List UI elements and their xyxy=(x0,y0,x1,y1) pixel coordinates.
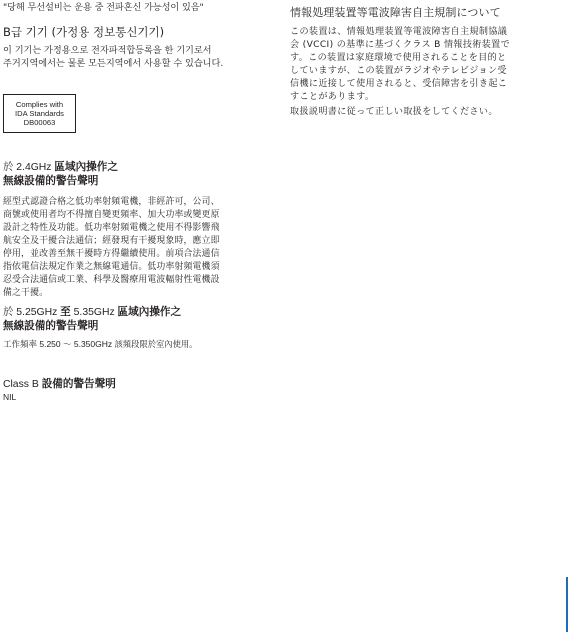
japanese-body-line-1: この装置は、情報処理装置等電波障害自主規制協議 xyxy=(290,24,507,37)
taiwan-24ghz-heading-line-2: 無線設備的警告聲明 xyxy=(3,173,98,188)
japanese-body-line-6: すことがあります。 xyxy=(290,89,374,102)
taiwan-525ghz-body-prefix: 工作頻率 5.250 ～ 5.350GHz xyxy=(3,339,115,349)
taiwan-24ghz-body-line-3: 設計之特性及功能。低功率射頻電機之使用不得影響飛 xyxy=(3,220,220,233)
ida-line-3: DB00063 xyxy=(24,118,56,127)
japanese-body-line-2: 会 (VCCI) の基準に基づくクラス B 情報技術装置で xyxy=(290,37,510,50)
taiwan-24ghz-body-line-4: 航安全及干擾合法通信；經發現有干擾現象時，應立即 xyxy=(3,233,220,246)
taiwan-525ghz-heading-prefix: 於 5.25GHz xyxy=(3,307,60,318)
taiwan-24ghz-heading-prefix: 於 2.4GHz xyxy=(3,162,54,173)
ida-line-1: Complies with xyxy=(16,100,63,109)
japanese-body-line-5: 信機に近接して使用されると、受信障害を引き起こ xyxy=(290,76,507,89)
taiwan-24ghz-body-line-2: 商號或使用者均不得擅自變更頻率、加大功率或變更原 xyxy=(3,207,220,220)
class-b-value: NIL xyxy=(3,392,16,402)
taiwan-525ghz-heading-rest: 區域內操作之 xyxy=(118,306,182,318)
korean-interference-notice: "당해 무선설비는 운용 중 전파혼신 가능성이 있음" xyxy=(3,0,204,13)
japanese-body-line-4: していますが、この装置がラジオやテレビジョン受 xyxy=(290,63,507,76)
taiwan-525ghz-body-rest: 該頻段限於室內使用。 xyxy=(115,339,198,349)
class-b-heading: Class B 設備的警告聲明 xyxy=(3,376,116,391)
taiwan-24ghz-body-line-8: 備之干擾。 xyxy=(3,285,48,298)
korean-body-line-1: 이 기기는 가정용으로 전자파적합등록을 한 기기로서 xyxy=(3,42,212,56)
taiwan-525ghz-heading-mid: 5.35GHz xyxy=(71,307,118,318)
taiwan-525ghz-heading-line-2: 無線設備的警告聲明 xyxy=(3,318,98,333)
taiwan-525ghz-heading-line-1: 於 5.25GHz 至 5.35GHz 區域內操作之 xyxy=(3,303,181,319)
taiwan-525ghz-heading-to: 至 xyxy=(60,306,71,318)
ida-compliance-box: Complies with IDA Standards DB00063 xyxy=(3,94,76,133)
taiwan-24ghz-body-line-6: 指依電信法規定作業之無線電通信。低功率射頻電機須 xyxy=(3,259,220,272)
taiwan-24ghz-body-line-7: 忍受合法通信或工業、科學及醫療用電波輻射性電機設 xyxy=(3,272,220,285)
taiwan-525ghz-body: 工作頻率 5.250 ～ 5.350GHz 該頻段限於室內使用。 xyxy=(3,338,197,350)
japanese-handling-note: 取扱説明書に従って正しい取扱をしてください。 xyxy=(290,104,498,117)
taiwan-24ghz-heading-rest: 區域內操作之 xyxy=(54,161,118,173)
taiwan-24ghz-heading-line-1: 於 2.4GHz 區域內操作之 xyxy=(3,158,118,174)
japanese-vcci-heading: 情報処理装置等電波障害自主規制について xyxy=(290,4,501,20)
ida-line-2: IDA Standards xyxy=(15,109,64,118)
korean-class-b-heading: B급 기기 (가정용 정보통신기기) xyxy=(3,24,164,40)
taiwan-24ghz-body-line-1: 經型式認證合格之低功率射頻電機，非經許可，公司、 xyxy=(3,194,220,207)
class-b-heading-rest: 設備的警告聲明 xyxy=(42,378,116,390)
taiwan-24ghz-body-line-5: 停用，並改善至無干擾時方得繼續使用。前項合法通信 xyxy=(3,246,220,259)
page-edge-marker xyxy=(566,577,568,632)
japanese-body-line-3: す。この装置は家庭環境で使用されることを目的と xyxy=(290,50,506,63)
class-b-heading-latin: Class B xyxy=(3,379,42,390)
korean-body-line-2: 주거지역에서는 물론 모든지역에서 사용할 수 있습니다. xyxy=(3,55,223,69)
